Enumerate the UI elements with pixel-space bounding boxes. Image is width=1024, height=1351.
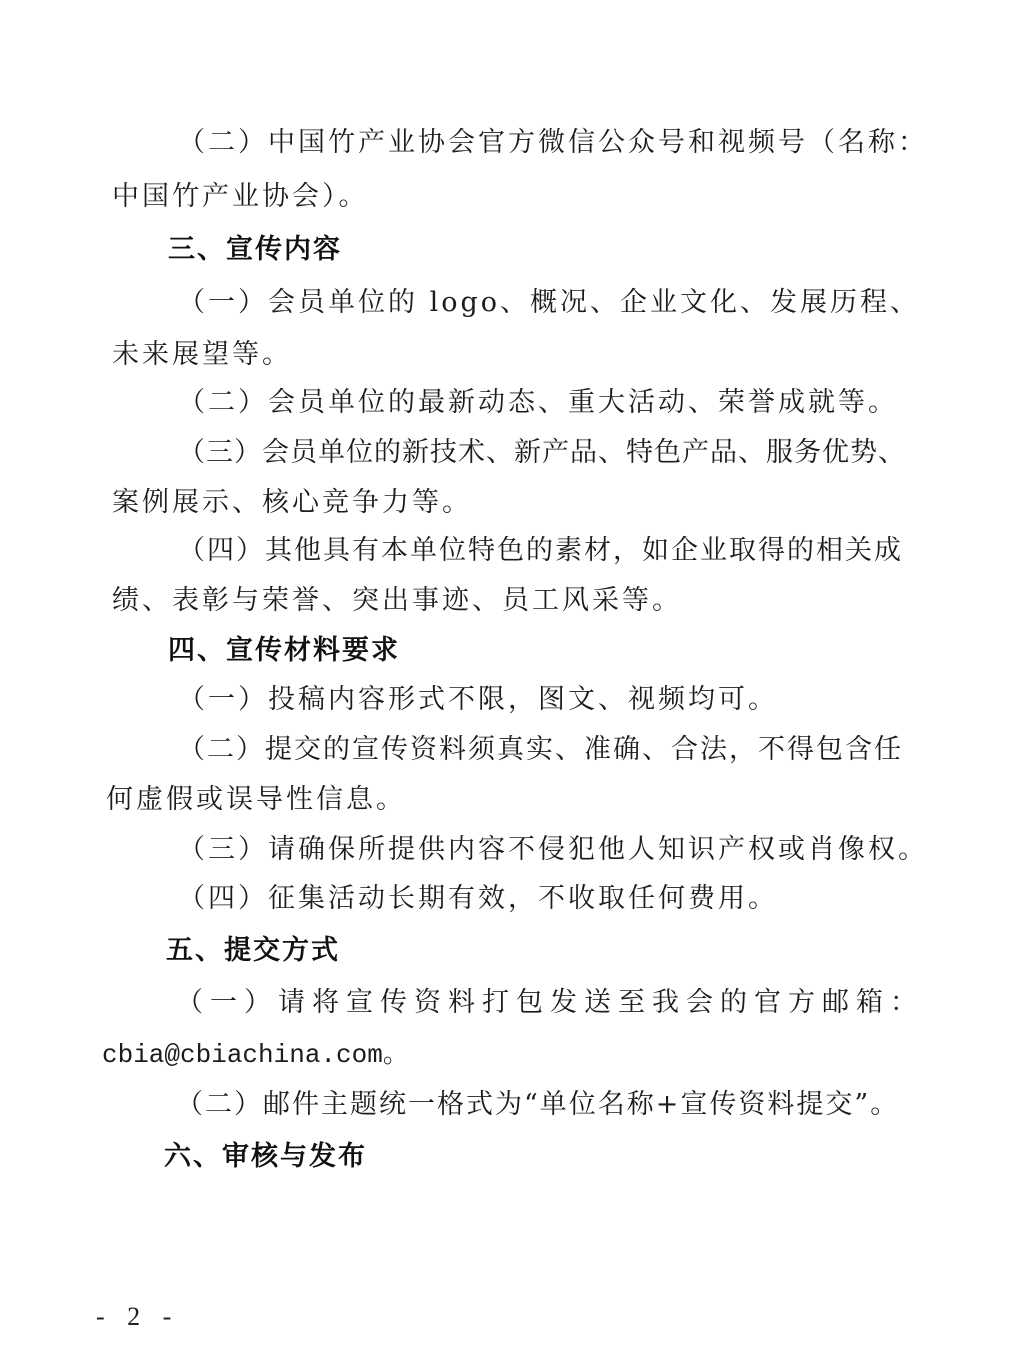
section-heading-publicity-content: 三、宣传内容 [168,233,342,267]
document-page: （二）中国竹产业协会官方微信公众号和视频号（名称： 中国竹产业协会）。 三、宣传… [0,0,1024,1351]
page-number: - 2 - [96,1302,179,1332]
section-heading-review-and-publish: 六、审核与发布 [164,1140,367,1174]
section-heading-submission-method: 五、提交方式 [166,934,340,968]
list-item-submission-1: （一）请将宣传资料打包发送至我会的官方邮箱： [176,986,924,1020]
list-item-wechat-channel-cont: 中国竹产业协会）。 [112,180,369,214]
list-item-content-4-cont: 绩、表彰与荣誉、突出事迹、员工风采等。 [112,584,682,618]
email-address: cbia@cbiachina.com。 [102,1038,409,1072]
list-item-content-2: （二）会员单位的最新动态、重大活动、荣誉成就等。 [178,386,898,420]
list-item-content-1-cont: 未来展望等。 [112,338,292,372]
list-item-requirement-3: （三）请确保所提供内容不侵犯他人知识产权或肖像权。 [178,833,928,867]
list-item-content-3: （三）会员单位的新技术、新产品、特色产品、服务优势、 [178,436,906,470]
list-item-content-3-cont: 案例展示、核心竞争力等。 [112,486,472,520]
list-item-requirement-1: （一）投稿内容形式不限，图文、视频均可。 [178,683,778,717]
list-item-content-1: （一）会员单位的 logo、概况、企业文化、发展历程、 [178,286,920,320]
list-item-requirement-2: （二）提交的宣传资料须真实、准确、合法，不得包含任 [178,733,903,767]
section-heading-material-requirements: 四、宣传材料要求 [168,634,400,668]
list-item-wechat-channel: （二）中国竹产业协会官方微信公众号和视频号（名称： [178,126,928,160]
list-item-requirement-2-cont: 何虚假或误导性信息。 [106,783,406,817]
list-item-content-4: （四）其他具有本单位特色的素材，如企业取得的相关成 [178,534,903,568]
list-item-submission-2: （二）邮件主题统一格式为“单位名称+宣传资料提交”。 [176,1088,899,1122]
list-item-requirement-4: （四）征集活动长期有效，不收取任何费用。 [178,882,778,916]
